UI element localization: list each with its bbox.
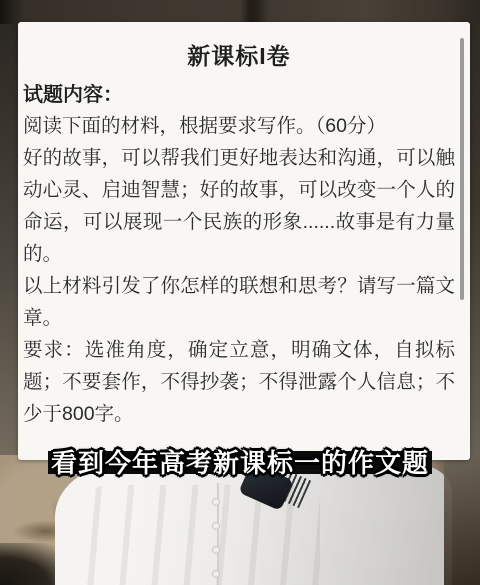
question-paragraph: 阅读下面的材料，根据要求写作。（60分）: [23, 110, 455, 142]
backdrop-right: [469, 24, 480, 458]
subtitle-caption: 看到今年高考新课标一的作文题: [0, 443, 480, 480]
question-body: 阅读下面的材料，根据要求写作。（60分）好的故事，可以帮我们更好地表达和沟通，可…: [23, 110, 455, 430]
section-label: 试题内容：: [23, 80, 455, 110]
video-frame: 新课标I卷 试题内容： 阅读下面的材料，根据要求写作。（60分）好的故事，可以帮…: [0, 0, 480, 585]
question-paragraph: 要求：选准角度，确定立意，明确文体，自拟标题；不要套作，不得抄袭；不得泄露个人信…: [23, 334, 455, 430]
question-paragraph: 好的故事，可以帮我们更好地表达和沟通，可以触动心灵、启迪智慧；好的故事，可以改变…: [23, 142, 455, 270]
shirt-button: [212, 570, 220, 578]
shirt-button: [212, 546, 220, 554]
shirt-button: [212, 498, 220, 506]
shirt-button: [212, 522, 220, 530]
question-paragraph: 以上材料引发了你怎样的联想和思考？请写一篇文章。: [23, 270, 455, 334]
backdrop-left: [0, 24, 18, 458]
paper-title: 新课标I卷: [23, 42, 455, 70]
scrollbar-thumb[interactable]: [460, 38, 464, 300]
backdrop-top: [0, 0, 480, 24]
exam-question-card: 新课标I卷 试题内容： 阅读下面的材料，根据要求写作。（60分）好的故事，可以帮…: [18, 22, 470, 460]
